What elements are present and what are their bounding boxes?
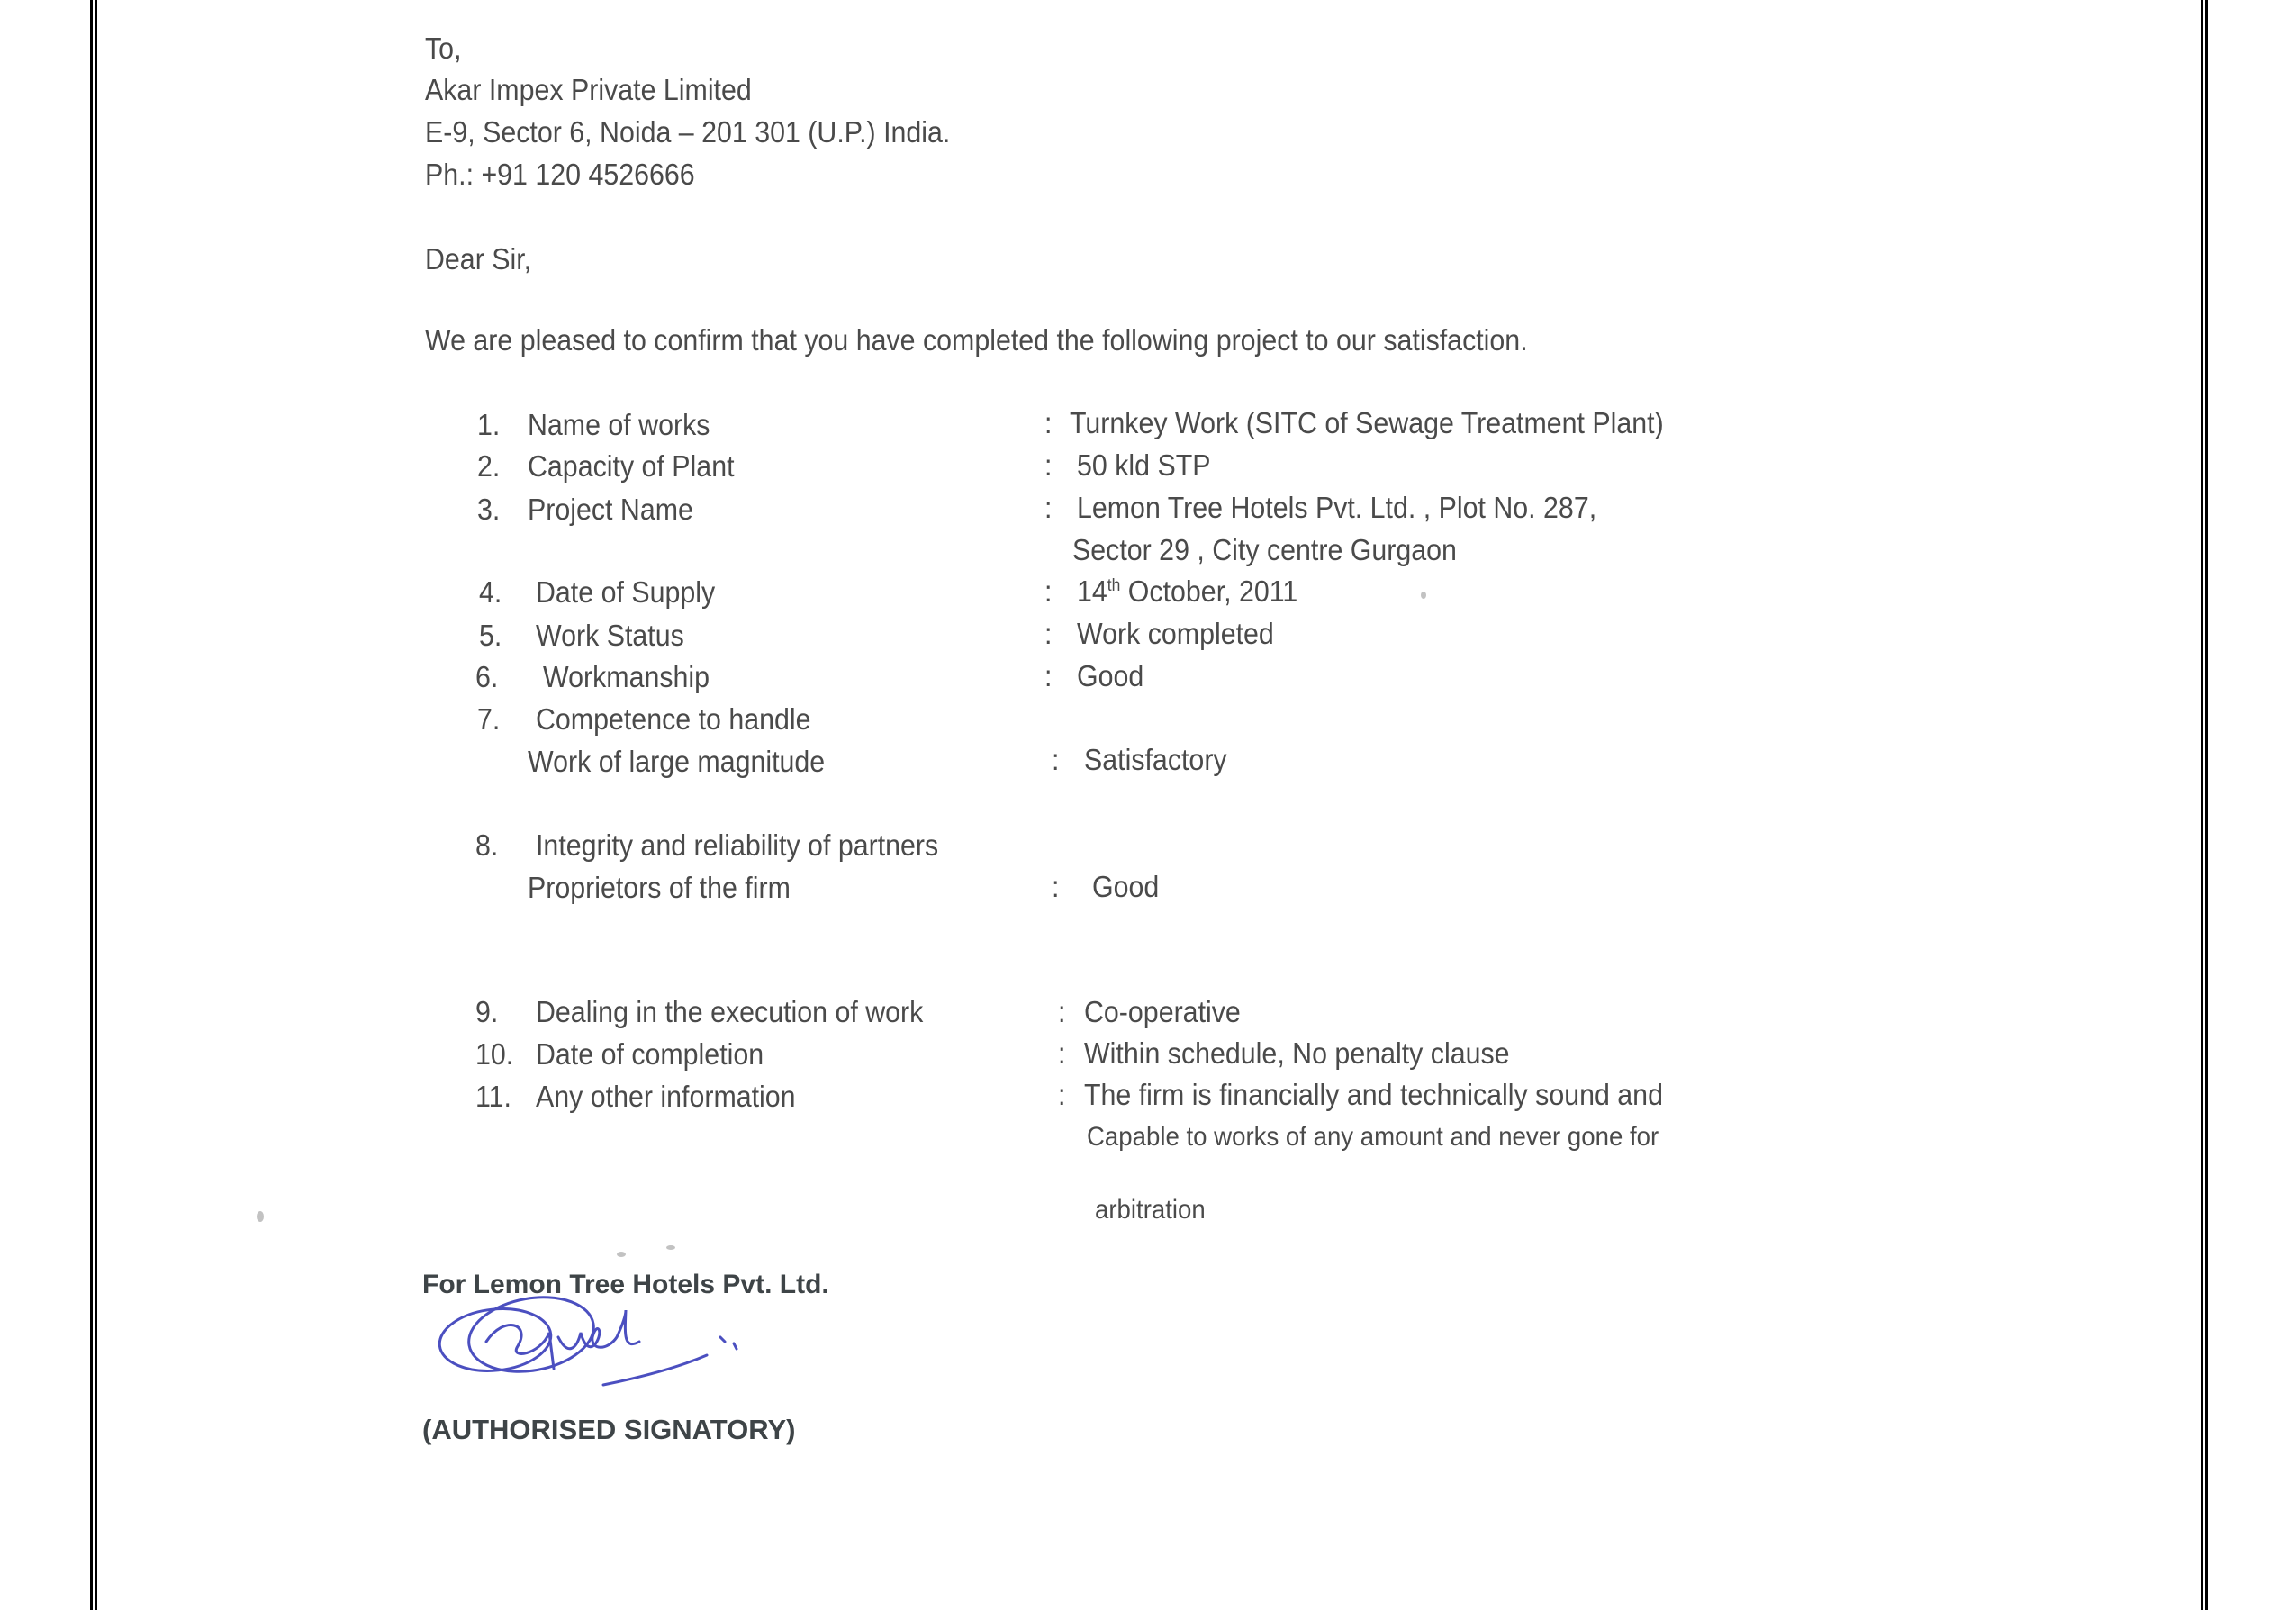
item-value: Good [1077,658,1143,694]
item-value: 14th October, 2011 [1077,574,1297,610]
item-label: Date of completion [536,1036,764,1072]
item-number: 10. [475,1036,513,1072]
to-label: To, [425,31,462,67]
date-suffix: th [1107,576,1121,595]
item-label: Work Status [536,618,684,654]
item-label: Integrity and reliability of partners [536,828,938,864]
item-number: 1. [477,407,500,443]
item-separator: : [1058,1077,1065,1113]
item-number: 8. [475,828,498,864]
item-number: 7. [477,701,500,737]
item-separator: : [1044,448,1052,484]
item-value-line2: Capable to works of any amount and never… [1087,1119,1659,1155]
item-number: 9. [475,994,498,1030]
left-border-inner [95,0,97,1610]
item-label: Project Name [528,492,693,528]
intro-paragraph: We are pleased to confirm that you have … [425,322,1528,358]
item-value: Good [1092,869,1159,905]
item-value: Within schedule, No penalty clause [1084,1036,1510,1072]
right-border-inner [2201,0,2203,1610]
item-separator: : [1052,742,1059,778]
item-separator: : [1058,1036,1065,1072]
item-number: 11. [475,1079,511,1115]
item-label: Dealing in the execution of work [536,994,923,1030]
date-day: 14 [1077,574,1107,608]
item-number: 4. [479,574,502,611]
item-separator: : [1044,405,1052,441]
item-separator: : [1058,994,1065,1030]
item-separator: : [1052,869,1059,905]
item-label: Date of Supply [536,574,715,611]
item-value: Work completed [1077,616,1274,652]
recipient-phone: Ph.: +91 120 4526666 [425,157,695,193]
left-border-outer [90,0,93,1610]
right-border-outer [2205,0,2208,1610]
item-value: Lemon Tree Hotels Pvt. Ltd. , Plot No. 2… [1077,490,1596,526]
item-value-line3: arbitration [1095,1192,1206,1228]
item-label: Name of works [528,407,710,443]
signature-image [432,1288,774,1405]
date-rest: October, 2011 [1120,574,1297,608]
item-separator: : [1044,490,1052,526]
authorised-signatory-label: (AUTHORISED SIGNATORY) [422,1412,796,1448]
scan-speck [617,1252,626,1257]
item-label: Capacity of Plant [528,448,735,484]
item-label: Any other information [536,1079,796,1115]
item-number: 5. [479,618,502,654]
recipient-address: E-9, Sector 6, Noida – 201 301 (U.P.) In… [425,114,950,150]
item-value: Turnkey Work (SITC of Sewage Treatment P… [1070,405,1664,441]
item-separator: : [1044,658,1052,694]
item-number: 2. [477,448,500,484]
item-label: Workmanship [543,659,710,695]
scan-speck [257,1211,264,1222]
item-value: 50 kld STP [1077,448,1211,484]
recipient-company: Akar Impex Private Limited [425,72,752,108]
item-value: Satisfactory [1084,742,1227,778]
item-value: Co-operative [1084,994,1241,1030]
item-separator: : [1044,616,1052,652]
item-label-line2: Proprietors of the firm [528,870,791,906]
item-number: 6. [475,659,498,695]
scan-speck [1421,592,1426,599]
item-value: The firm is financially and technically … [1084,1077,1663,1113]
greeting: Dear Sir, [425,241,531,277]
item-label: Competence to handle [536,701,810,737]
item-separator: : [1044,574,1052,610]
item-number: 3. [477,492,500,528]
scan-speck [666,1245,675,1250]
item-label-line2: Work of large magnitude [528,744,825,780]
item-value-line2: Sector 29 , City centre Gurgaon [1072,532,1457,568]
